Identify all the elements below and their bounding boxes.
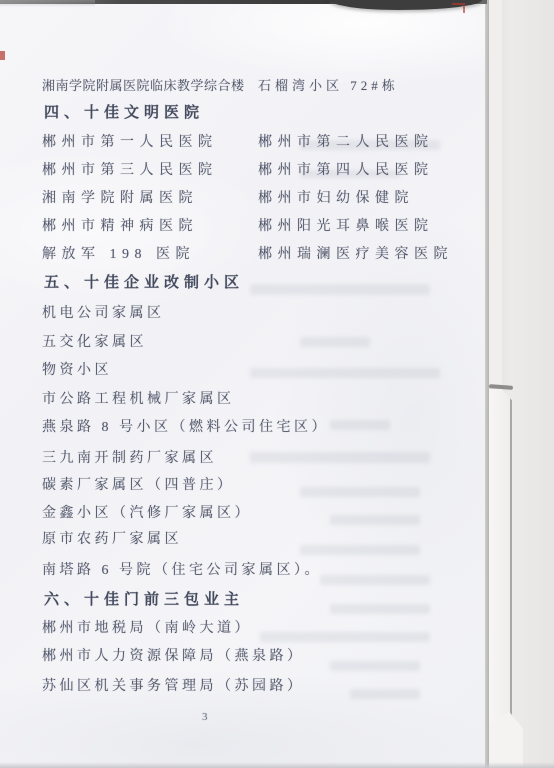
- hospital-name: 郴州市第二人民医院: [258, 131, 434, 151]
- section-heading-storefront-owners: 六、十佳门前三包业主: [44, 588, 244, 609]
- community-name: 三九南开制药厂家属区: [42, 447, 217, 467]
- hospital-name: 郴州市妇幼保健院: [258, 187, 414, 207]
- show-through-smudge: [330, 604, 430, 614]
- red-pen-mark-left: [0, 51, 5, 60]
- show-through-smudge: [300, 545, 420, 555]
- section-heading-restructured-communities: 五、十佳企业改制小区: [44, 271, 244, 292]
- show-through-smudge: [250, 284, 430, 295]
- page-number: 3: [202, 711, 209, 723]
- show-through-smudge: [300, 487, 420, 497]
- community-name: 碳素厂家属区（四普庄）: [42, 474, 235, 494]
- red-pen-mark-top: [452, 3, 465, 13]
- hospital-name: 郴州阳光耳鼻喉医院: [258, 215, 434, 235]
- show-through-smudge: [250, 368, 440, 378]
- hospital-name: 湘南学院附属医院: [42, 187, 198, 207]
- underlying-sheet-edge-upper: [489, 0, 502, 388]
- intro-line-left: 湘南学院附属医院临床教学综合楼: [42, 75, 245, 94]
- community-name: 五交化家属区: [42, 331, 147, 351]
- show-through-smudge: [330, 515, 420, 525]
- owner-name: 郴州市地税局（南岭大道）: [42, 617, 252, 637]
- owner-name: 苏仙区机关事务管理局（苏园路）: [42, 675, 305, 695]
- show-through-smudge: [350, 689, 420, 699]
- hospital-name: 解放军 198 医院: [42, 243, 195, 263]
- show-through-smudge: [300, 337, 370, 347]
- hospital-name: 郴州市第四人民医院: [258, 159, 434, 179]
- scanner-top-left-shade: [0, 0, 95, 7]
- owner-name: 郴州市人力资源保障局（燕泉路）: [42, 645, 305, 665]
- community-name: 金鑫小区（汽修厂家属区）: [42, 502, 252, 522]
- show-through-smudge: [260, 632, 430, 642]
- intro-line-right: 石榴湾小区 72#栋: [258, 75, 399, 94]
- community-name: 原市农药厂家属区: [42, 528, 182, 548]
- section-heading-civilized-hospitals: 四、十佳文明医院: [44, 101, 204, 122]
- hospital-name: 郴州市精神病医院: [42, 215, 198, 235]
- community-name: 机电公司家属区: [42, 302, 165, 322]
- community-name: 物资小区: [42, 359, 112, 379]
- hospital-name: 郴州瑞澜医疗美容医院: [258, 243, 453, 263]
- show-through-smudge: [330, 420, 390, 430]
- community-name: 燕泉路 8 号小区（燃料公司住宅区）: [42, 416, 329, 436]
- scanner-bottom-edge: [0, 762, 554, 768]
- community-name: 市公路工程机械厂家属区: [42, 388, 235, 408]
- hospital-name: 郴州市第一人民医院: [42, 131, 218, 151]
- community-name: 南塔路 6 号院（住宅公司家属区）。: [42, 559, 322, 579]
- show-through-smudge: [330, 661, 420, 671]
- scanned-document-page: 湘南学院附属医院临床教学综合楼 石榴湾小区 72#栋 四、十佳文明医院 郴州市第…: [0, 0, 554, 768]
- underlying-sheet-edge-lower: [489, 389, 512, 768]
- show-through-smudge: [250, 452, 430, 463]
- show-through-smudge: [320, 575, 430, 585]
- hospital-name: 郴州市第三人民医院: [42, 159, 218, 179]
